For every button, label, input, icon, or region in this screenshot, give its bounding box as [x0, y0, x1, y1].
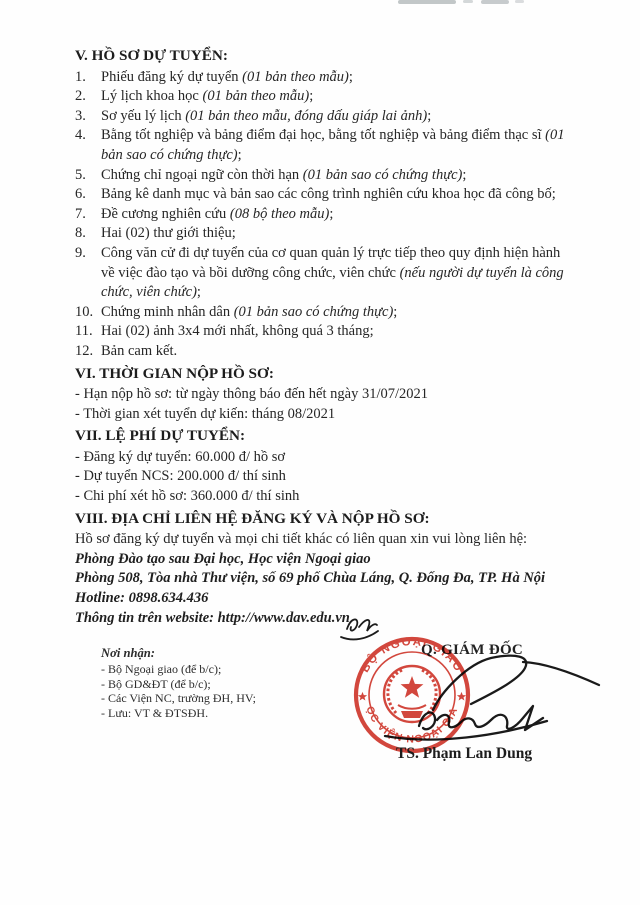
list-item: 5.Chứng chỉ ngoại ngữ còn thời hạn (01 b…: [75, 166, 575, 186]
signer-name: TS. Phạm Lan Dung: [396, 745, 532, 763]
list-item: 2.Lý lịch khoa học (01 bản theo mẫu);: [75, 87, 575, 107]
item-number: 8.: [75, 224, 101, 244]
item-text: Hai (02) thư giới thiệu;: [101, 225, 236, 241]
scanned-document-page: V. HỒ SƠ DỰ TUYỂN: 1.Phiếu đăng ký dự tu…: [0, 0, 640, 905]
recipient-line: - Lưu: VT & ĐTSĐH.: [101, 706, 256, 721]
deadline-line: - Hạn nộp hồ sơ: từ ngày thông báo đến h…: [75, 385, 575, 405]
item-number: 9.: [75, 244, 101, 264]
list-item: 8.Hai (02) thư giới thiệu;: [75, 224, 575, 244]
contact-address: Phòng 508, Tòa nhà Thư viện, số 69 phố C…: [75, 569, 575, 589]
fee-line: - Dự tuyển NCS: 200.000 đ/ thí sinh: [75, 467, 575, 487]
list-item: 1.Phiếu đăng ký dự tuyển (01 bản theo mẫ…: [75, 68, 575, 88]
item-punct: ;: [238, 147, 242, 163]
fee-line: - Đăng ký dự tuyển: 60.000 đ/ hồ sơ: [75, 448, 575, 468]
contact-website: Thông tin trên website: http://www.dav.e…: [75, 609, 575, 629]
item-punct: ;: [197, 284, 201, 300]
item-text: Lý lịch khoa học: [101, 88, 202, 104]
scan-smudge: [463, 0, 473, 3]
item-number: 3.: [75, 107, 101, 127]
item-text: Chứng minh nhân dân: [101, 304, 234, 320]
list-item: 10.Chứng minh nhân dân (01 bản sao có ch…: [75, 303, 575, 323]
item-number: 11.: [75, 322, 101, 342]
recipient-line: - Bộ GD&ĐT (để b/c);: [101, 677, 256, 692]
item-number: 5.: [75, 166, 101, 186]
item-number: 10.: [75, 303, 101, 323]
recipients-title: Nơi nhận:: [101, 646, 256, 661]
list-item: 9.Công văn cử đi dự tuyển của cơ quan qu…: [75, 244, 575, 303]
list-item: 11.Hai (02) ảnh 3x4 mới nhất, không quá …: [75, 322, 575, 342]
item-number: 7.: [75, 205, 101, 225]
item-text: Bản cam kết.: [101, 343, 177, 359]
item-punct: ;: [349, 69, 353, 85]
item-punct: ;: [462, 167, 466, 183]
section-vii-title: VII. LỆ PHÍ DỰ TUYỂN:: [75, 426, 575, 446]
item-number: 6.: [75, 185, 101, 205]
contact-intro: Hồ sơ đăng ký dự tuyển và mọi chi tiết k…: [75, 530, 575, 550]
item-text: Phiếu đăng ký dự tuyển: [101, 69, 242, 85]
recipients-block: Nơi nhận: - Bộ Ngoại giao (để b/c); - Bộ…: [101, 646, 256, 721]
item-text: Sơ yếu lý lịch: [101, 108, 185, 124]
list-item: 7.Đề cương nghiên cứu (08 bộ theo mẫu);: [75, 205, 575, 225]
review-time-line: - Thời gian xét tuyển dự kiến: tháng 08/…: [75, 405, 575, 425]
section-v-title: V. HỒ SƠ DỰ TUYỂN:: [75, 46, 575, 66]
item-number: 12.: [75, 342, 101, 362]
item-text: Hai (02) ảnh 3x4 mới nhất, không quá 3 t…: [101, 323, 374, 339]
signature: [375, 648, 610, 748]
contact-department: Phòng Đào tạo sau Đại học, Học viện Ngoạ…: [75, 550, 575, 570]
item-text: Chứng chỉ ngoại ngữ còn thời hạn: [101, 167, 303, 183]
item-punct: ;: [329, 206, 333, 222]
recipient-line: - Các Viện NC, trường ĐH, HV;: [101, 691, 256, 706]
item-text: Đề cương nghiên cứu: [101, 206, 230, 222]
item-note: (01 bản sao có chứng thực): [303, 167, 463, 183]
recipient-line: - Bộ Ngoại giao (để b/c);: [101, 662, 256, 677]
document-body: V. HỒ SƠ DỰ TUYỂN: 1.Phiếu đăng ký dự tu…: [75, 44, 575, 628]
item-note: (01 bản theo mẫu): [242, 69, 349, 85]
item-note: (01 bản theo mẫu): [202, 88, 309, 104]
contact-hotline: Hotline: 0898.634.436: [75, 589, 575, 609]
section-viii-title: VIII. ĐỊA CHỈ LIÊN HỆ ĐĂNG KÝ VÀ NỘP HỒ …: [75, 509, 575, 529]
item-text: Bằng tốt nghiệp và bảng điểm đại học, bằ…: [101, 127, 545, 143]
item-number: 1.: [75, 68, 101, 88]
item-number: 4.: [75, 126, 101, 146]
list-item: 6.Bảng kê danh mục và bản sao các công t…: [75, 185, 575, 205]
item-punct: ;: [309, 88, 313, 104]
item-note: (01 bản theo mẫu, đóng dấu giáp lai ảnh): [185, 108, 427, 124]
fee-line: - Chi phí xét hồ sơ: 360.000 đ/ thí sinh: [75, 487, 575, 507]
item-note: (01 bản sao có chứng thực): [234, 304, 394, 320]
list-item: 12.Bản cam kết.: [75, 342, 575, 362]
list-item: 3.Sơ yếu lý lịch (01 bản theo mẫu, đóng …: [75, 107, 575, 127]
item-number: 2.: [75, 87, 101, 107]
item-punct: ;: [427, 108, 431, 124]
scan-smudge: [515, 0, 524, 3]
scan-smudge: [398, 0, 456, 4]
item-text: Bảng kê danh mục và bản sao các công trì…: [101, 186, 556, 202]
item-punct: ;: [393, 304, 397, 320]
list-item: 4.Bằng tốt nghiệp và bảng điểm đại học, …: [75, 126, 575, 165]
section-vi-title: VI. THỜI GIAN NỘP HỒ SƠ:: [75, 364, 575, 384]
item-note: (08 bộ theo mẫu): [230, 206, 329, 222]
scan-smudge: [481, 0, 509, 4]
